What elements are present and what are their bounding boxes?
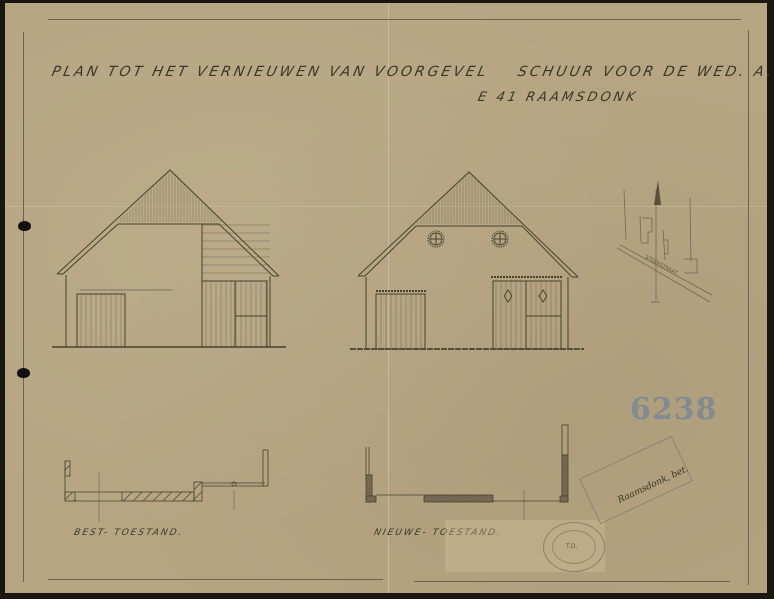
existing-elevation <box>52 170 286 347</box>
seal-text: T.D. <box>566 543 577 550</box>
registration-number-stamp: 6238 <box>630 392 718 427</box>
new-elevation <box>350 172 584 349</box>
existing-floor-plan <box>65 450 268 522</box>
round-window-left-icon <box>428 231 444 247</box>
round-window-right-icon <box>492 231 508 247</box>
site-plan: STEENSTRAAT <box>617 180 712 302</box>
drawings-layer: STEENSTRAAT <box>0 0 774 599</box>
new-floor-plan <box>366 425 568 520</box>
caption-existing: BEST- TOESTAND. <box>73 528 184 538</box>
